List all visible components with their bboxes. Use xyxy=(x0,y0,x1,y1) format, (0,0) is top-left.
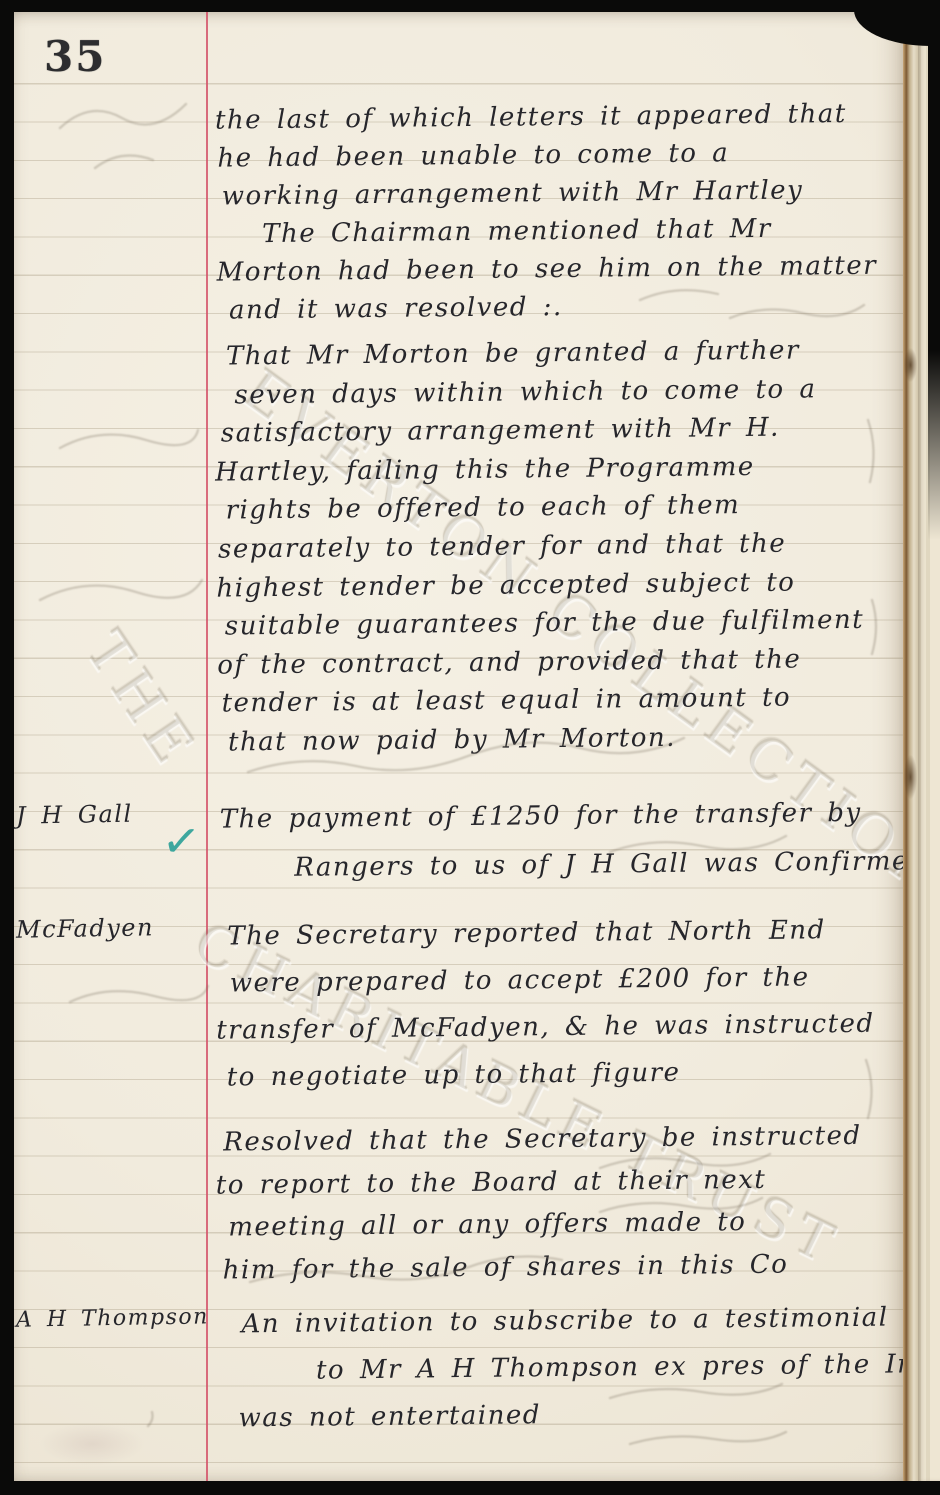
minute-line: The payment of £1250 for the transfer by xyxy=(220,788,906,844)
minute-line: suitable guarantees for the due fulfilme… xyxy=(225,601,907,647)
scan-border-top xyxy=(0,0,940,12)
minute-line: seven days within which to come to a xyxy=(234,369,904,415)
minute-line: An invitation to subscribe to a testimon… xyxy=(241,1294,905,1348)
gutter-stain xyxy=(903,342,918,388)
minute-line: were prepared to accept £200 for the xyxy=(230,953,906,1007)
minute-line: Rangers to us of J H Gall was Confirmed xyxy=(294,837,906,892)
minute-line: to report to the Board at their next xyxy=(216,1157,906,1207)
minute-line: was not entertained xyxy=(238,1388,906,1442)
paper-smudge xyxy=(36,1416,176,1472)
scan-border-bottom xyxy=(0,1481,940,1495)
scan-border-left xyxy=(0,0,14,1495)
minute-line: to Mr A H Thompson ex pres of the Irish … xyxy=(316,1341,906,1394)
minute-line: that now paid by Mr Morton. xyxy=(228,716,908,762)
minute-paragraph-resolution: That Mr Morton be granted a further seve… xyxy=(214,330,908,762)
page-number: 35 xyxy=(44,32,106,81)
minute-paragraph-share-offers: Resolved that the Secretary be instructe… xyxy=(215,1114,907,1291)
minute-line: meeting all or any offers made to xyxy=(228,1199,906,1249)
check-mark: ✓ xyxy=(159,812,203,870)
minute-line: the last of which letters it appeared th… xyxy=(215,94,905,139)
gutter-stain xyxy=(903,747,918,807)
minute-line: Resolved that the Secretary be instructe… xyxy=(223,1114,905,1164)
scan-border-right xyxy=(928,0,940,540)
minute-line: transfer of McFadyen, & he was instructe… xyxy=(216,1000,906,1054)
book-gutter-edge xyxy=(903,12,918,1481)
minute-paragraph-mcfadyen-transfer: The Secretary reported that North End we… xyxy=(215,906,907,1101)
minute-line: him for the sale of shares in this Co xyxy=(222,1242,906,1292)
red-margin-rule xyxy=(206,12,208,1481)
margin-annotation-thompson: A H Thompson xyxy=(16,1304,211,1332)
minute-line: to negotiate up to that figure xyxy=(227,1047,907,1101)
minute-line: The Secretary reported that North End xyxy=(227,906,905,960)
minute-line: and it was resolved :. xyxy=(229,284,907,329)
watermark-the: THE xyxy=(72,620,210,781)
minute-paragraph-thompson-testimonial: An invitation to subscribe to a testimon… xyxy=(215,1294,906,1442)
margin-annotation-mcfadyen: McFadyen xyxy=(16,912,211,943)
minute-paragraph-gall-transfer: The payment of £1250 for the transfer by… xyxy=(216,788,907,893)
minute-paragraph-morton-letters: the last of which letters it appeared th… xyxy=(215,94,907,329)
minute-line: Morton had been to see him on the matter xyxy=(216,246,906,291)
minute-line: working arrangement with Mr Hartley xyxy=(222,170,906,215)
ledger-page: EVERTON COLLECTION THE CHARITABLE TRUST … xyxy=(14,12,903,1481)
